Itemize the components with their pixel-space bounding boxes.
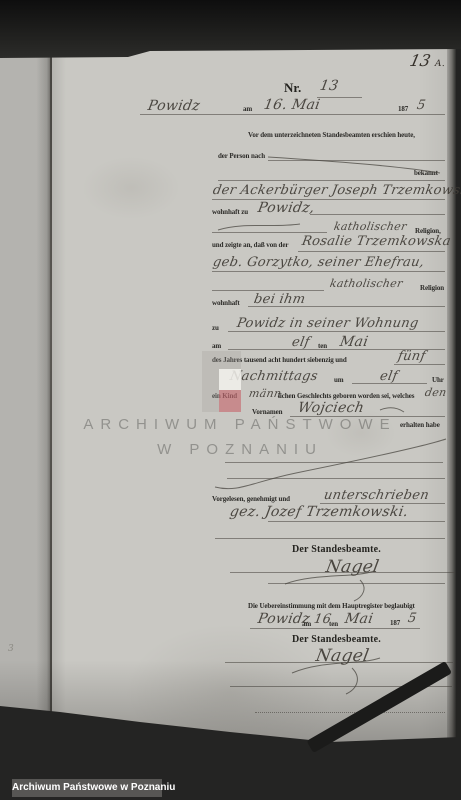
photo-backdrop-top	[0, 0, 461, 58]
ruled-line	[268, 160, 445, 161]
residence-label: wohnhaft zu	[212, 208, 248, 216]
certify-am: am	[302, 620, 311, 628]
adjacent-page-edge	[0, 50, 52, 730]
ruled-line	[268, 583, 445, 584]
intro-line: Vor dem unterzeichneten Standesbeamten e…	[248, 131, 415, 139]
erhalten-label: erhalten habe	[400, 421, 440, 429]
religion1-hand: katholischer	[333, 220, 408, 233]
record-number-label: Nr.	[284, 80, 301, 96]
time-um: um	[334, 376, 344, 384]
time-hour: elf	[379, 369, 399, 384]
closing-hand: unterschrieben	[323, 488, 431, 503]
certify-year-printed: 187	[390, 619, 400, 627]
residence2-hand: bei ihm	[253, 292, 307, 307]
ruled-line	[317, 97, 362, 98]
child-article-hand: den	[424, 386, 448, 399]
ruled-line	[248, 306, 445, 307]
ruled-line	[225, 462, 443, 463]
ruled-line	[140, 114, 445, 115]
identity-line: der Person nach	[218, 152, 265, 160]
archive-label-bar: Archiwum Państwowe w Poznaniu	[12, 779, 162, 797]
birthdate-day: elf	[291, 335, 311, 350]
identity-right: bekannt	[414, 169, 438, 177]
mother-maiden: geb. Gorzytko, seiner Ehefrau,	[212, 255, 426, 270]
residence2-printed: wohnhaft	[212, 299, 240, 307]
folio-number: 13 A.	[408, 51, 449, 70]
ruled-line	[394, 364, 445, 365]
mother-name: Rosalie Trzemkowska	[301, 234, 452, 249]
certify-printed: Die Uebereinstimmung mit dem Hauptregist…	[248, 602, 415, 610]
record-number-value: 13	[319, 78, 340, 94]
binding-gutter	[50, 54, 52, 732]
archive-watermark-line1: ARCHIWUM PAŃSTWOWE	[80, 412, 400, 437]
ruled-line	[212, 271, 445, 272]
declarant-name: der Ackerbürger Joseph Trzemkowski	[212, 183, 461, 198]
notify-printed: und zeigte an, daß von der	[212, 241, 288, 249]
ruled-line	[228, 331, 445, 332]
page-right-edge	[447, 48, 456, 748]
margin-mark: 3	[8, 644, 14, 654]
date-day-month: 16. Mai	[263, 97, 322, 113]
religion2-hand: katholischer	[329, 277, 404, 290]
ruled-line	[352, 383, 427, 384]
registrar-title-2: Der Standesbeamte.	[292, 634, 381, 645]
declarant-signature: gez. Jozef Trzemkowski.	[229, 504, 410, 520]
ruled-line	[212, 290, 324, 291]
birthplace-hand: Powidz in seiner Wohnung	[236, 316, 420, 331]
ruled-line	[250, 628, 420, 629]
date-am-label: am	[243, 105, 252, 113]
archive-flag-red	[219, 390, 241, 412]
ruled-line	[212, 232, 327, 233]
scanned-register-photo: 13 A. 3 Nr. 13 Powidz am 16. Mai 187 5 V…	[0, 0, 461, 800]
time-uhr: Uhr	[432, 376, 444, 384]
registrar-title-1: Der Standesbeamte.	[292, 544, 381, 555]
ruled-line	[268, 521, 445, 522]
folio-suffix: A.	[434, 59, 448, 69]
ruled-line	[310, 214, 445, 215]
birthdate-month: Mai	[339, 334, 370, 350]
certify-month: Mai	[344, 611, 375, 627]
ruled-line	[298, 251, 445, 252]
archive-watermark-line2: W POZNANIU	[80, 437, 400, 462]
residence-value: Powidz,	[257, 200, 316, 216]
date-year-printed: 187	[398, 105, 408, 113]
ruled-line	[215, 538, 445, 539]
archive-flag-white	[219, 369, 241, 390]
ruled-line	[230, 572, 455, 573]
date-place: Powidz	[147, 98, 202, 114]
archive-watermark: ARCHIWUM PAŃSTWOWE W POZNANIU	[80, 412, 400, 462]
ruled-line	[227, 478, 445, 479]
ruled-line	[212, 199, 445, 200]
folio-number-value: 13	[408, 51, 432, 70]
child-printed-b: lichen Geschlechts geboren worden sei, w…	[278, 392, 414, 400]
religion2-label: Religion	[420, 284, 444, 292]
birthdate-am: am	[212, 342, 221, 350]
birthyear-hand: fünf	[397, 349, 427, 364]
registrar-signature-1: Nagel	[324, 557, 380, 577]
ruled-line	[218, 180, 445, 181]
birthplace-printed: zu	[212, 324, 219, 332]
closing-printed: Vorgelesen, genehmigt und	[212, 495, 290, 503]
time-period: Nachmittags	[229, 369, 319, 384]
certify-ten: ten	[329, 620, 338, 628]
